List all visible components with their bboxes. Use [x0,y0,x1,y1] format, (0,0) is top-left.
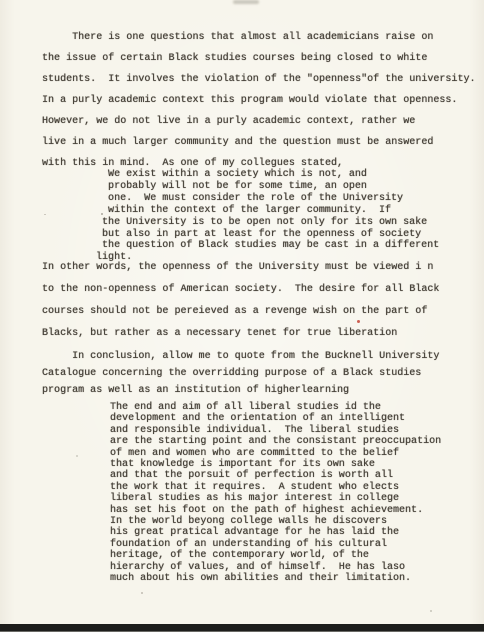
blockquote-bucknell-catalogue: The end and aim of all liberal studies i… [110,402,441,585]
scanned-typewritten-page: There is one questions that almost all a… [0,0,484,632]
scan-edge-bar [0,624,484,632]
paragraph-openness-discussion: In other words, the openness of the Univ… [42,257,439,345]
ink-speck [141,592,143,594]
ink-speck [44,214,46,215]
ink-speck [430,610,432,612]
red-pen-mark [357,320,360,323]
paragraph-opening: There is one questions that almost all a… [42,27,476,174]
blockquote-colleague: We exist within a society which is not, … [96,169,439,264]
ink-speck [101,213,103,215]
paragraph-conclusion-intro: In conclusion, allow me to quote from th… [42,348,439,399]
ink-speck [76,455,78,457]
page-number-smudge [233,0,259,4]
